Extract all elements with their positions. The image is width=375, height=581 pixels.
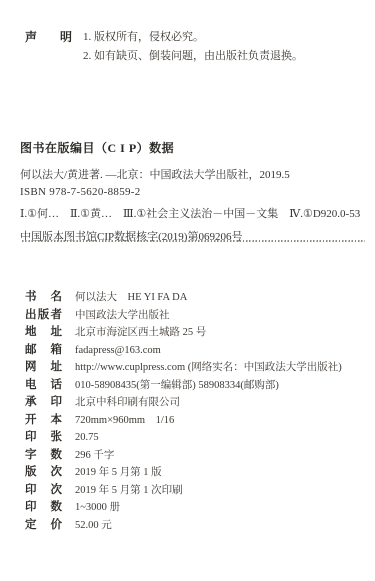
colophon-row-label: 版次 — [25, 463, 62, 479]
colophon-row-label: 字数 — [25, 446, 62, 462]
cip-classification: Ⅰ.①何… Ⅱ.①黄… Ⅲ.①社会主义法治－中国－文集 Ⅳ.①D920.0-53 — [20, 206, 365, 222]
declaration-item-1: 1. 版权所有，侵权必究。 — [83, 28, 303, 47]
cip-block: 图书在版编目（C I P）数据 何以法大/黄进著. —北京：中国政法大学出版社，… — [20, 139, 365, 245]
colophon-row-label: 印数 — [25, 498, 62, 514]
colophon-row-value: 2019 年 5 月第 1 次印刷 — [75, 482, 183, 497]
cip-record: 何以法大/黄进著. —北京：中国政法大学出版社，2019.5 — [20, 167, 365, 183]
colophon-row-value: 010-58908435(第一编辑部) 58908334(邮购部) — [75, 377, 279, 392]
colophon-row-title: 书名 何以法大 HE YI FA DA — [25, 288, 360, 306]
colophon-row-label: 承印 — [25, 393, 62, 409]
declaration-item-2: 2. 如有缺页、倒装问题，由出版社负责退换。 — [83, 47, 303, 66]
colophon-row-email: 邮箱 fadapress@163.com — [25, 341, 360, 359]
colophon-row-edition: 版次 2019 年 5 月第 1 版 — [25, 463, 360, 481]
declaration-block: 声明 1. 版权所有，侵权必究。 2. 如有缺页、倒装问题，由出版社负责退换。 — [25, 28, 303, 66]
colophon-row-publisher: 出版者 中国政法大学出版社 — [25, 306, 360, 324]
colophon-row-label: 出版者 — [25, 306, 62, 322]
colophon-row-value: 52.00 元 — [75, 517, 112, 532]
colophon-row-address: 地址 北京市海淀区西土城路 25 号 — [25, 323, 360, 341]
colophon-row-price: 定价 52.00 元 — [25, 516, 360, 534]
colophon-row-printer: 承印 北京中科印刷有限公司 — [25, 393, 360, 411]
cip-heading: 图书在版编目（C I P）数据 — [20, 139, 365, 156]
colophon-row-label: 地址 — [25, 323, 62, 339]
colophon-row-value: 何以法大 HE YI FA DA — [75, 289, 187, 304]
colophon-row-impression: 印次 2019 年 5 月第 1 次印刷 — [25, 481, 360, 499]
colophon-row-wordcount: 字数 296 千字 — [25, 446, 360, 464]
colophon-row-label: 网址 — [25, 358, 62, 374]
colophon-row-website: 网址 http://www.cuplpress.com (网络实名：中国政法大学… — [25, 358, 360, 376]
colophon-row-value: 720mm×960mm 1/16 — [75, 412, 174, 427]
colophon-row-format: 开本 720mm×960mm 1/16 — [25, 411, 360, 429]
colophon-row-value: fadapress@163.com — [75, 345, 161, 356]
colophon-row-label: 电话 — [25, 376, 62, 392]
colophon-row-phone: 电话 010-58908435(第一编辑部) 58908334(邮购部) — [25, 376, 360, 394]
colophon-row-value: http://www.cuplpress.com (网络实名：中国政法大学出版社… — [75, 359, 342, 374]
dotted-divider — [22, 240, 365, 242]
colophon-row-value: 1~3000 册 — [75, 499, 120, 514]
colophon-row-sheets: 印张 20.75 — [25, 428, 360, 446]
colophon-row-value: 北京市海淀区西土城路 25 号 — [75, 324, 206, 339]
declaration-items: 1. 版权所有，侵权必究。 2. 如有缺页、倒装问题，由出版社负责退换。 — [83, 28, 303, 66]
colophon-row-value: 北京中科印刷有限公司 — [75, 394, 180, 409]
colophon-row-value: 中国政法大学出版社 — [75, 307, 170, 322]
declaration-label: 声明 — [25, 28, 72, 47]
colophon-row-label: 印张 — [25, 428, 62, 444]
colophon-row-value: 20.75 — [75, 432, 99, 443]
colophon-row-value: 2019 年 5 月第 1 版 — [75, 464, 162, 479]
colophon-row-label: 印次 — [25, 481, 62, 497]
colophon-table: 书名 何以法大 HE YI FA DA 出版者 中国政法大学出版社 地址 北京市… — [25, 288, 360, 533]
colophon-row-label: 定价 — [25, 516, 62, 532]
colophon-row-label: 邮箱 — [25, 341, 62, 357]
colophon-row-value: 296 千字 — [75, 447, 114, 462]
copyright-page: 声明 1. 版权所有，侵权必究。 2. 如有缺页、倒装问题，由出版社负责退换。 … — [0, 0, 375, 581]
colophon-row-label: 书名 — [25, 288, 62, 304]
colophon-row-printrun: 印数 1~3000 册 — [25, 498, 360, 516]
cip-isbn: ISBN 978-7-5620-8859-2 — [20, 184, 365, 200]
colophon-row-label: 开本 — [25, 411, 62, 427]
cip-registry: 中国版本图书馆CIP数据核字(2019)第069206号 — [20, 229, 365, 245]
